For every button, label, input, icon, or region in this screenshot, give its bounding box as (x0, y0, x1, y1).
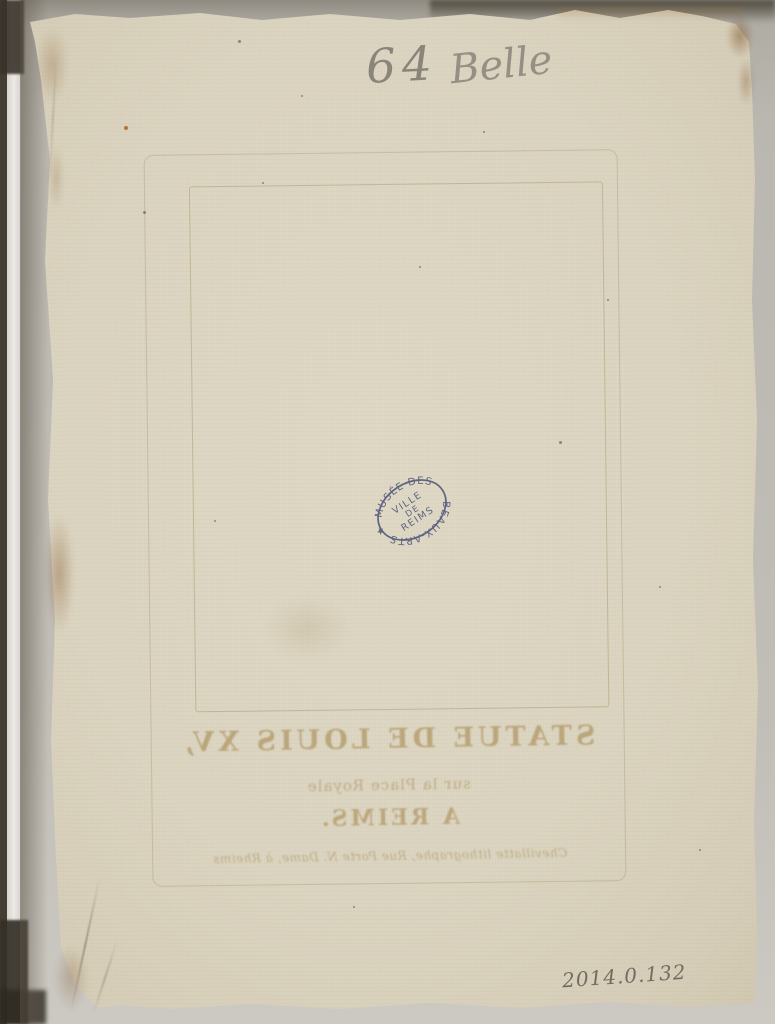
stain-left-edge (44, 516, 74, 632)
fox-spot (419, 266, 421, 268)
showthrough-smudge (266, 596, 350, 660)
orange-fleck (124, 126, 128, 130)
fox-spot (238, 40, 241, 43)
stain-top-right (726, 14, 754, 58)
fox-spot (143, 211, 146, 214)
fox-spot (483, 131, 485, 133)
stain-top-left (36, 28, 68, 102)
pencil-word: Belle (448, 37, 555, 93)
fox-spot (353, 906, 355, 908)
sheet-content: STATUE DE LOUIS XV, sur la Place Royale … (0, 0, 775, 1024)
fox-spot (214, 520, 216, 522)
pencil-number: 64 (365, 36, 440, 95)
fox-spot (262, 182, 264, 184)
stain-top-edge (558, 8, 743, 20)
accession-number: 2014.0.132 (561, 960, 687, 993)
fox-spot (607, 299, 609, 301)
fox-spot (559, 441, 562, 444)
fox-spot (301, 95, 303, 97)
plate-mark-inner (189, 181, 609, 712)
photograph-of-print-verso: STATUE DE LOUIS XV, sur la Place Royale … (0, 0, 775, 1024)
star-icon: ★ (374, 525, 387, 539)
fox-spot (699, 849, 701, 851)
fox-spot (659, 586, 661, 588)
stain-top-right-2 (738, 58, 754, 106)
museum-stamp: MUSÉE DES BEAUX-ARTS ★ VILLE DE REIMS (366, 466, 458, 554)
crease-line-2 (92, 942, 117, 1015)
